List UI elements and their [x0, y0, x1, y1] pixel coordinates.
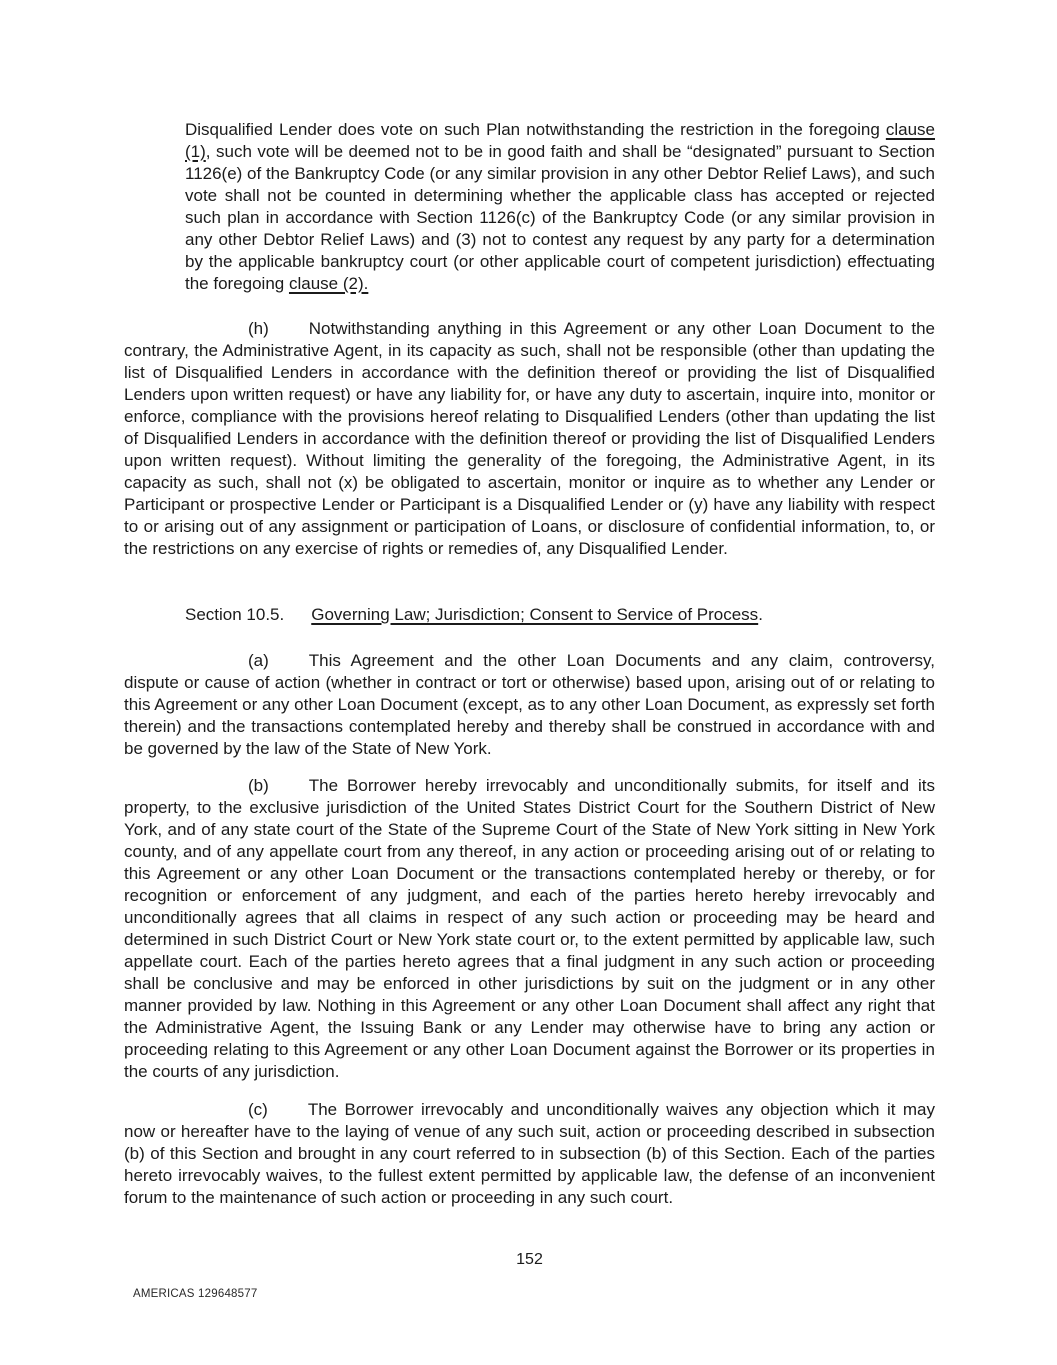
section-title: Governing Law; Jurisdiction; Consent to … [311, 605, 758, 624]
carryover-clause-paragraph: Disqualified Lender does vote on such Pl… [185, 119, 935, 295]
page-number: 152 [124, 1249, 935, 1271]
paragraph-a: (a)This Agreement and the other Loan Doc… [124, 650, 935, 760]
section-10-5-heading: Section 10.5.Governing Law; Jurisdiction… [185, 604, 935, 626]
paragraph-c: (c)The Borrower irrevocably and uncondit… [124, 1099, 935, 1209]
paragraph-h-text: Notwithstanding anything in this Agreeme… [124, 319, 935, 558]
paragraph-b-text: The Borrower hereby irrevocably and unco… [124, 776, 935, 1081]
carryover-text-2: , such vote will be deemed not to be in … [185, 142, 935, 293]
paragraph-c-text: The Borrower irrevocably and uncondition… [124, 1100, 935, 1207]
paragraph-h-label: (h) [248, 319, 269, 338]
paragraph-a-text: This Agreement and the other Loan Docume… [124, 651, 935, 758]
paragraph-b-label: (b) [248, 776, 269, 795]
section-title-period: . [758, 605, 763, 624]
carryover-text-1: Disqualified Lender does vote on such Pl… [185, 120, 886, 139]
clause-2-reference: clause (2). [289, 274, 368, 293]
paragraph-b: (b)The Borrower hereby irrevocably and u… [124, 775, 935, 1083]
paragraph-a-label: (a) [248, 651, 269, 670]
document-id-footer: AMERICAS 129648577 [133, 1283, 257, 1305]
paragraph-h: (h)Notwithstanding anything in this Agre… [124, 318, 935, 560]
section-number: Section 10.5. [185, 605, 284, 624]
paragraph-c-label: (c) [248, 1100, 268, 1119]
document-page: Disqualified Lender does vote on such Pl… [0, 0, 1057, 1365]
